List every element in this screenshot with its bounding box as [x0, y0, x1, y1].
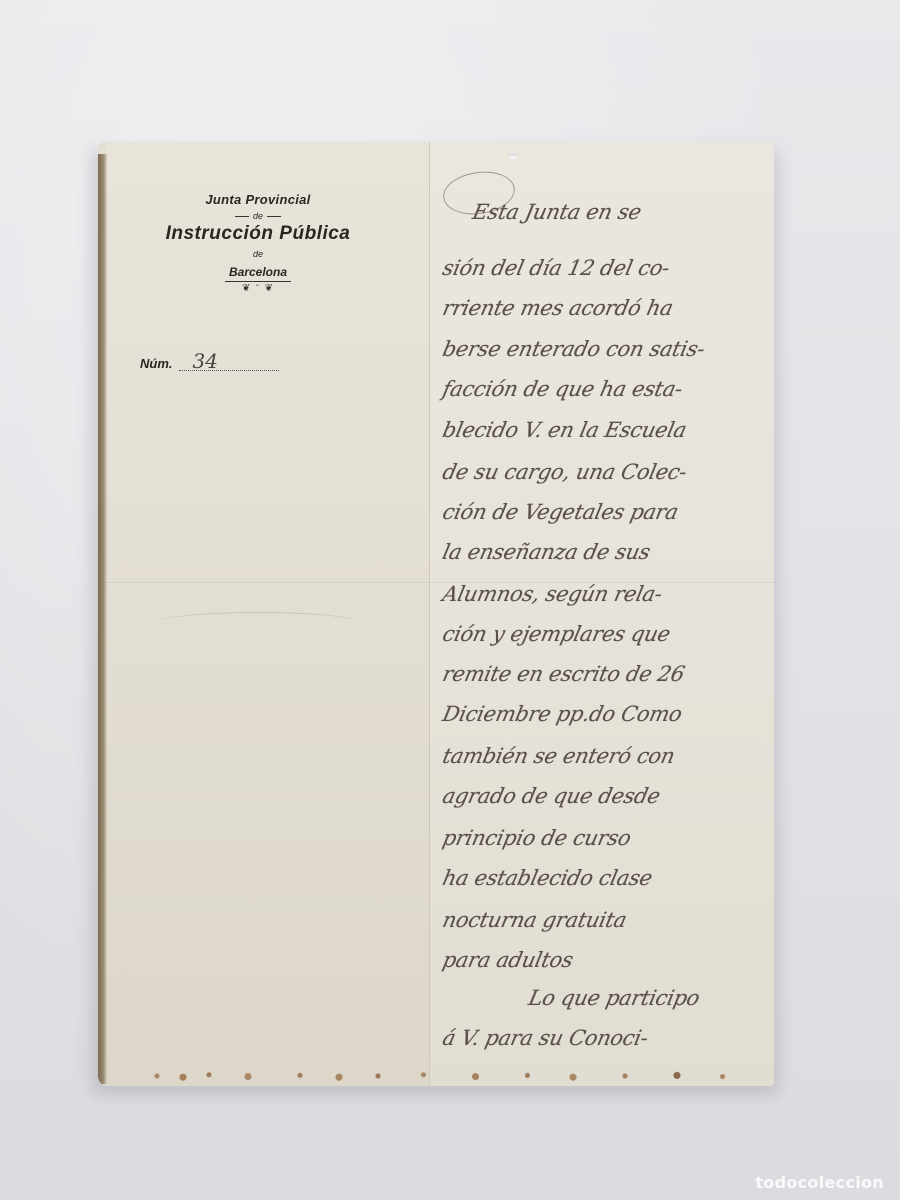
body-line: sión del día 12 del co- — [440, 256, 671, 280]
body-line: para adultos — [440, 948, 575, 972]
sheet-edge — [98, 154, 107, 1084]
letterhead-city: Barcelona — [225, 265, 291, 282]
body-line: Alumnos, según rela- — [440, 582, 664, 606]
body-line: remite en escrito de 26 — [440, 662, 686, 686]
body-line: principio de curso — [440, 826, 633, 850]
document-number: Núm. 34 — [140, 352, 279, 371]
body-line: ha establecido clase — [440, 866, 654, 890]
body-line: Diciembre pp.do Como — [440, 702, 684, 726]
body-line: la enseñanza de sus — [440, 540, 652, 564]
body-line: berse enterado con satis- — [440, 337, 706, 361]
punch-hole — [508, 154, 518, 159]
body-line: Lo que participo — [526, 986, 701, 1010]
letterhead: Junta Provincial de Instrucción Pública … — [128, 192, 388, 294]
body-line: blecido V. en la Escuela — [440, 418, 688, 442]
letterhead-connector: de — [128, 211, 388, 221]
page-right — [429, 142, 774, 1086]
body-line: ción de Vegetales para — [440, 500, 680, 524]
letterhead-connector: de — [128, 249, 388, 259]
letterhead-junta: Junta Provincial — [128, 192, 388, 207]
body-line: á V. para su Conoci- — [440, 1026, 650, 1050]
ornament-icon: ❦ ᵔ ❦ — [128, 283, 388, 294]
foxing-stains — [118, 1070, 768, 1082]
number-value: 34 — [179, 352, 279, 371]
letterhead-institution: Instrucción Pública — [128, 223, 388, 245]
body-line: Esta Junta en se — [470, 200, 643, 224]
body-line: también se enteró con — [440, 744, 676, 768]
body-line: agrado de que desde — [440, 784, 662, 808]
letter-sheet: Junta Provincial de Instrucción Pública … — [98, 142, 774, 1086]
body-line: de su cargo, una Colec- — [440, 460, 688, 484]
body-line: nocturna gratuita — [440, 908, 628, 932]
watermark: todocoleccion — [755, 1173, 884, 1192]
body-line: rriente mes acordó ha — [440, 296, 675, 320]
body-line: facción de que ha esta- — [440, 377, 684, 401]
body-line: ción y ejemplares que — [440, 622, 672, 646]
number-label: Núm. — [140, 356, 173, 371]
pencil-mark — [158, 612, 358, 633]
fold-crease — [107, 582, 774, 584]
